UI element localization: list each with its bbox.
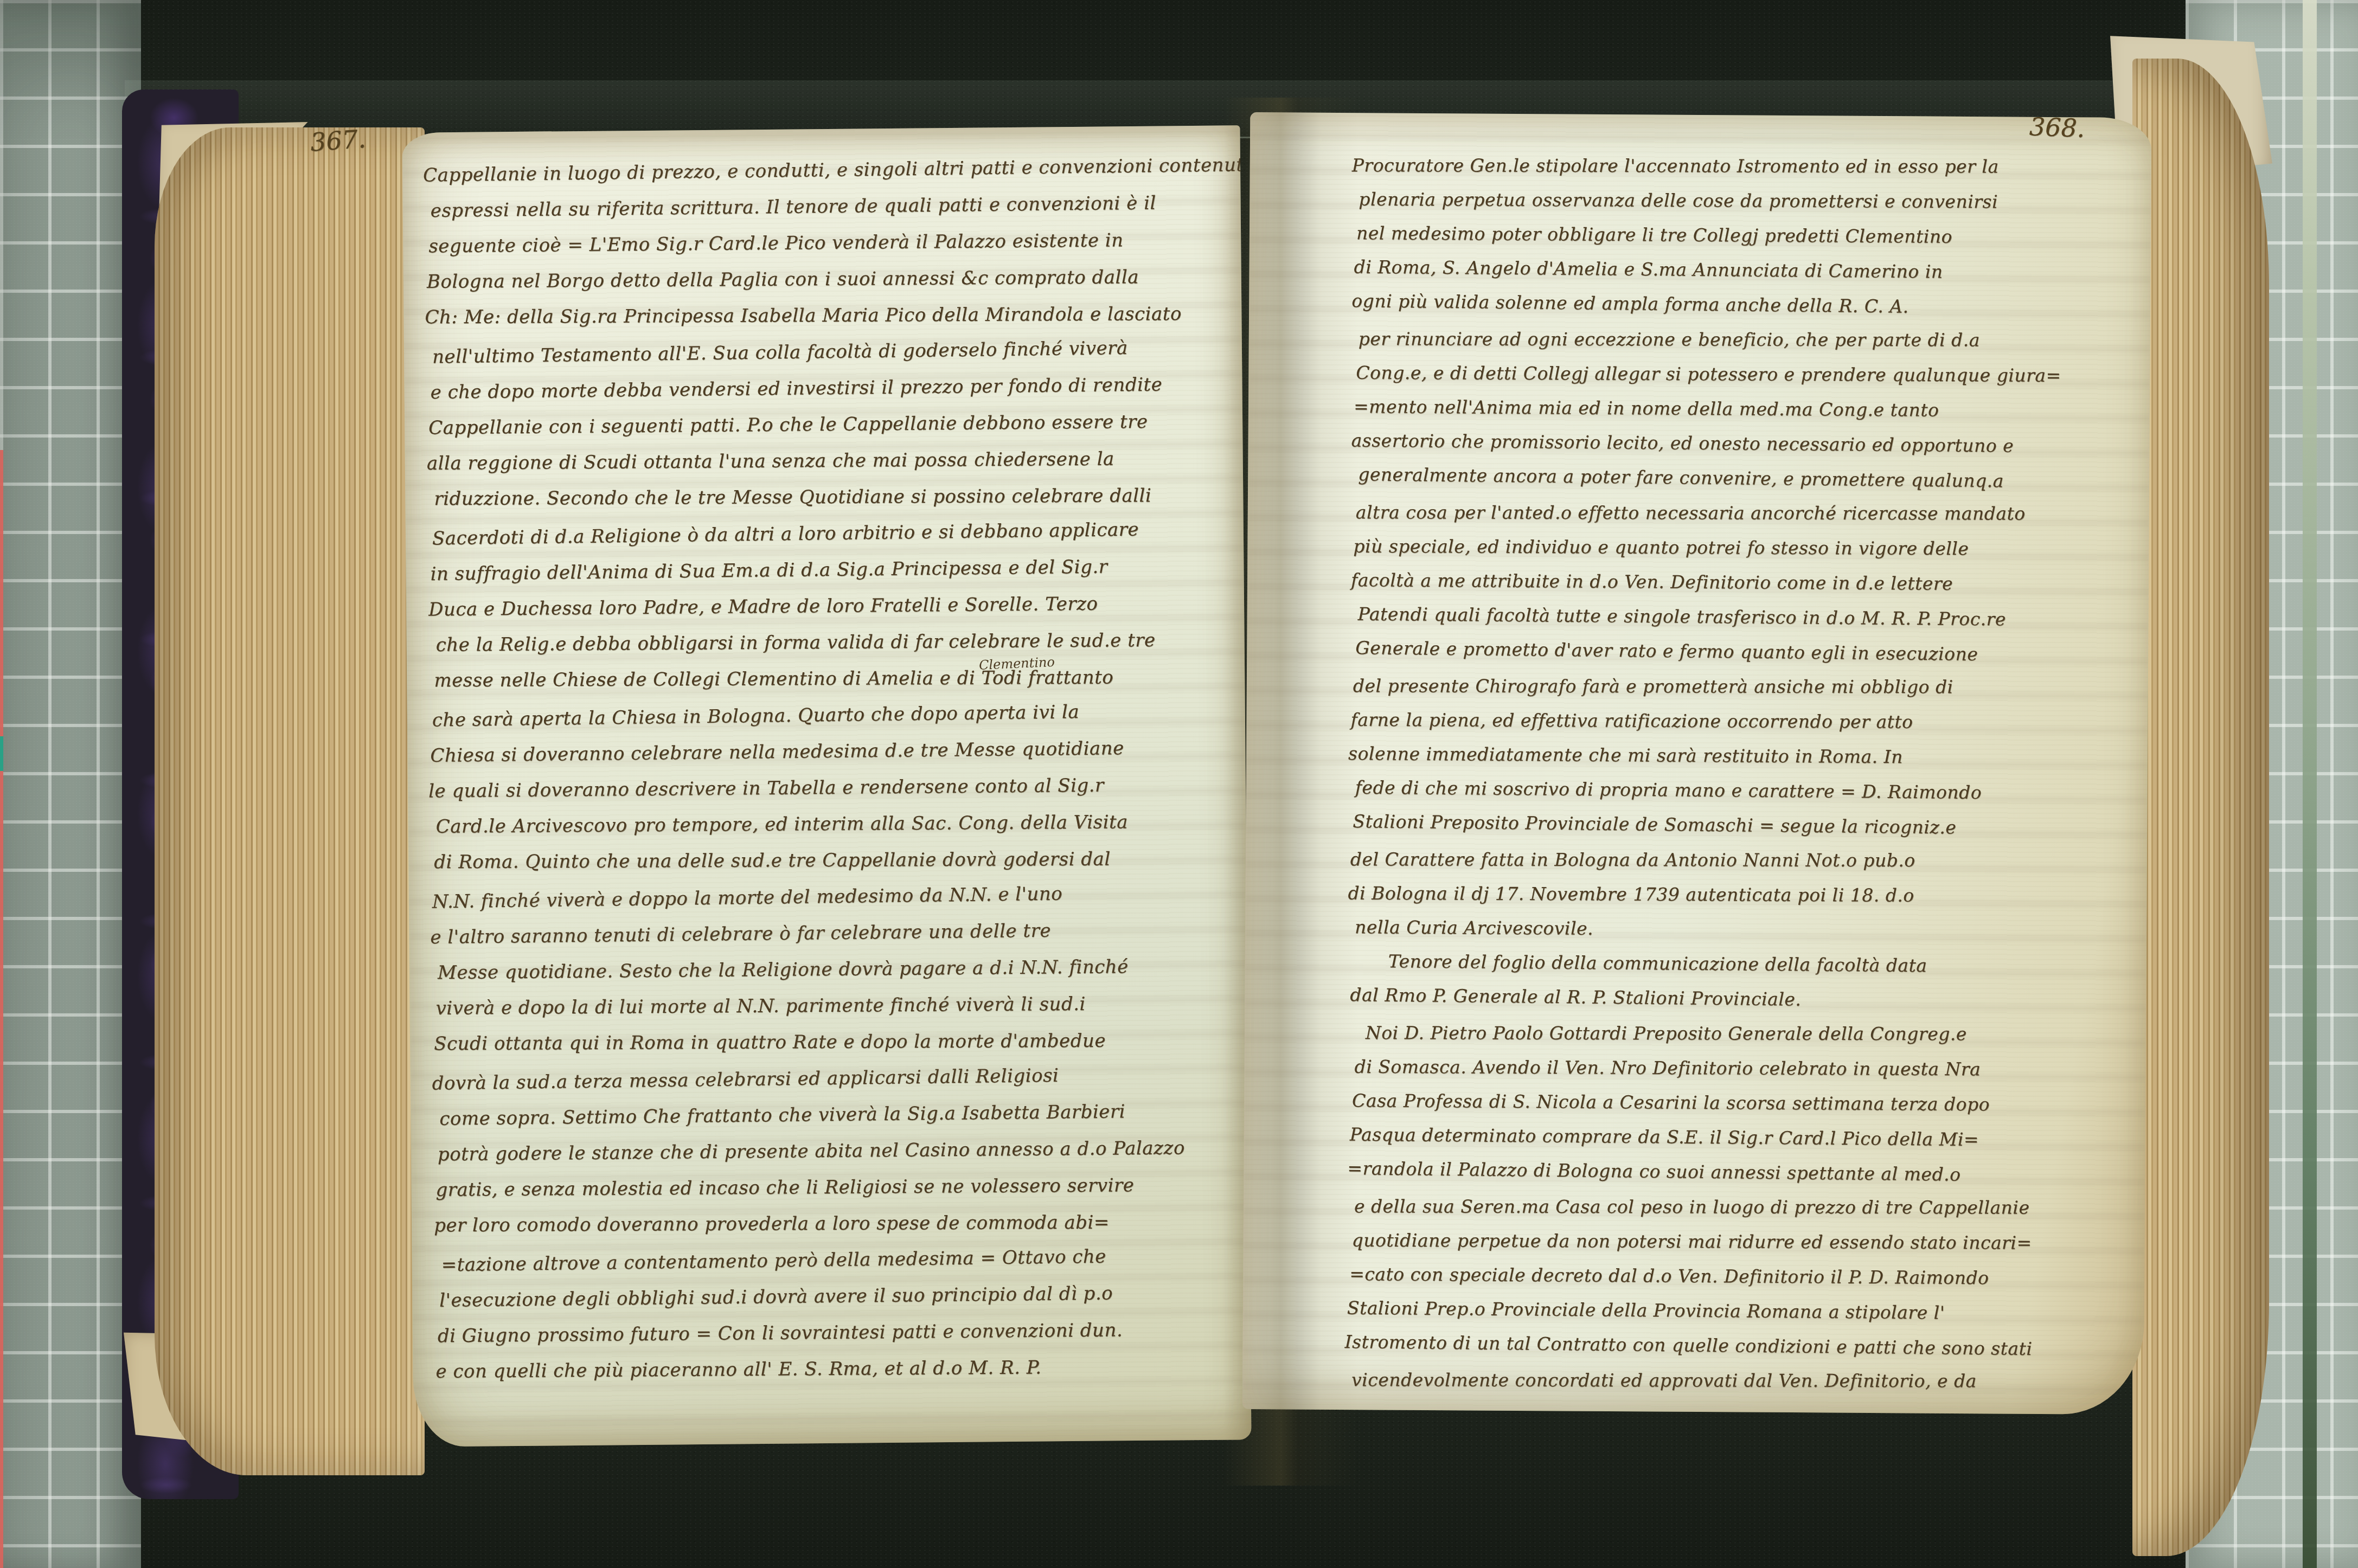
manuscript-line: e l'altro saranno tenuti di celebrare ò … <box>430 918 1233 963</box>
manuscript-line: che la Relig.e debba obbligarsi in forma… <box>436 629 1239 671</box>
manuscript-line: per rinunciare ad ogni eccezzione e bene… <box>1359 328 2150 364</box>
manuscript-line: più speciale, ed individuo e quanto potr… <box>1353 536 2145 574</box>
manuscript-line: potrà godere le stanze che di presente a… <box>438 1136 1241 1180</box>
right-page: Procuratore Gen.le stipolare l'accennato… <box>1242 112 2152 1415</box>
fore-edge-right <box>2132 59 2269 1556</box>
manuscript-line: Tenore del foglio della communicazione d… <box>1352 950 2144 992</box>
manuscript-line: Duca e Duchessa loro Padre, e Madre de l… <box>428 592 1232 635</box>
manuscript-line: di Roma, S. Angelo d'Amelia e S.ma Annun… <box>1354 256 2145 298</box>
manuscript-line: assertorio che promissorio lecito, ed on… <box>1351 430 2143 471</box>
manuscript-line: nell'ultimo Testamento all'E. Sua colla … <box>432 336 1235 382</box>
manuscript-line: viverà e dopo la di lui morte al N.N. pa… <box>435 992 1238 1034</box>
manuscript-line: ogni più valida solenne ed ampla forma a… <box>1351 290 2144 333</box>
manuscript-line: Scudi ottanta qui in Roma in quattro Rat… <box>434 1030 1236 1070</box>
manuscript-line: e che dopo morte debba vendersi ed inves… <box>430 373 1233 418</box>
manuscript-line: solenne immediatamente che mi sarà resti… <box>1348 743 2140 782</box>
manuscript-line: Stalioni Prep.o Provinciale della Provin… <box>1347 1297 2139 1339</box>
manuscript-line: Cappellanie con i seguenti patti. P.o ch… <box>428 410 1232 453</box>
manuscript-line: Sacerdoti di d.a Religione ò da altri a … <box>432 517 1235 564</box>
manuscript-line: generalmente ancora a poter fare conveni… <box>1358 464 2150 506</box>
manuscript-line: dal Rmo P. Generale al R. P. Stalioni Pr… <box>1350 984 2142 1027</box>
manuscript-line: di Somasca. Avendo il Ven. Nro Definitor… <box>1354 1056 2146 1094</box>
manuscript-line: Noi D. Pietro Paolo Gottardi Preposito G… <box>1348 1022 2139 1058</box>
manuscript-line: alla reggione di Scudi ottanta l'una sen… <box>427 447 1229 489</box>
page-number-right: 368. <box>2029 112 2085 143</box>
manuscript-line: plenaria perpetua osservanza delle cose … <box>1359 189 2150 227</box>
manuscript-line: Generale e prometto d'aver rato e fermo … <box>1355 637 2148 680</box>
manuscript-line: altra cosa per l'anted.o effetto necessa… <box>1356 502 2148 538</box>
page-number-left: 367. <box>309 124 367 157</box>
manuscript-line: riduzzione. Secondo che le tre Messe Quo… <box>434 484 1236 524</box>
manuscript-line: l'esecuzione degli obblighi sud.i dovrà … <box>439 1281 1242 1326</box>
manuscript-line: e della sua Seren.ma Casa col peso in lu… <box>1354 1196 2146 1232</box>
manuscript-line: e con quelli che più piaceranno all' E. … <box>435 1355 1238 1397</box>
manuscript-line: N.N. finché viverà e doppo la morte del … <box>432 881 1235 927</box>
manuscript-line: =cato con speciale decreto dal d.o Ven. … <box>1349 1263 2141 1303</box>
manuscript-line: fede di che mi soscrivo di propria mano … <box>1355 777 2146 818</box>
manuscript-line: quotidiane perpetue da non potersi mai r… <box>1351 1230 2143 1268</box>
manuscript-line: espressi nella su riferita scrittura. Il… <box>430 191 1233 236</box>
manuscript-line: facoltà a me attribuite in d.o Ven. Defi… <box>1351 569 2143 609</box>
manuscript-line: in suffragio dell'Anima di Sua Em.a di d… <box>430 555 1233 600</box>
gutter-shadow <box>1223 98 1359 1486</box>
manuscript-photo: Cappellanie in luogo di prezzo, e condut… <box>0 0 2358 1568</box>
manuscript-line: farne la piena, ed effettiva ratificazio… <box>1350 709 2142 747</box>
manuscript-line: Bologna nel Borgo detto della Paglia con… <box>427 266 1229 307</box>
manuscript-line: Ch: Me: della Sig.ra Principessa Isabell… <box>425 303 1227 343</box>
manuscript-line: del presente Chirografo farà e prometter… <box>1353 675 2145 711</box>
manuscript-line: Chiesa si doveranno celebrare nella mede… <box>430 736 1233 781</box>
manuscript-line: Stalioni Preposito Provinciale de Somasc… <box>1353 811 2145 853</box>
left-page: Cappellanie in luogo di prezzo, e condut… <box>402 125 1251 1447</box>
manuscript-line: =mento nell'Anima mia ed in nome della m… <box>1354 396 2145 435</box>
manuscript-line: Casa Professa di S. Nicola a Cesarini la… <box>1352 1090 2144 1129</box>
manuscript-line: gratis, e senza molestia ed incaso che l… <box>435 1174 1238 1216</box>
manuscript-line: come sopra. Settimo Che frattanto che vi… <box>439 1100 1242 1145</box>
manuscript-line: dovrà la sud.a terza messa celebrarsi ed… <box>432 1062 1235 1109</box>
manuscript-line: =tazione altrove a contentamento però de… <box>441 1244 1244 1290</box>
manuscript-line: =randola il Palazzo di Bologna co suoi a… <box>1347 1158 2139 1200</box>
manuscript-line: Istromento di un tal Contratto con quell… <box>1344 1331 2137 1374</box>
right-page-text: Procuratore Gen.le stipolare l'accennato… <box>1349 153 2148 1407</box>
manuscript-line: nella Curia Arcivescovile. <box>1355 916 2146 956</box>
manuscript-line: Patendi quali facoltà tutte e singole tr… <box>1357 603 2149 645</box>
manuscript-line: di Bologna il dj 17. Novembre 1739 auten… <box>1348 883 2139 921</box>
manuscript-line: vicendevolmente concordati ed approvati … <box>1351 1369 2143 1405</box>
fore-edge-left <box>155 127 425 1475</box>
manuscript-line: di Roma. Quinto che una delle sud.e tre … <box>434 848 1236 888</box>
manuscript-line: del Carattere fatta in Bologna da Antoni… <box>1350 849 2142 885</box>
manuscript-line: di Giugno prossimo futuro = Con li sovra… <box>438 1318 1241 1361</box>
manuscript-line: che sarà aperta la Chiesa in Bologna. Qu… <box>432 699 1235 746</box>
interlinear-insertion: Clementino <box>978 654 1055 673</box>
manuscript-line: Cong.e, e di detti Collegj allegar si po… <box>1356 362 2148 400</box>
manuscript-line: Messe quotidiane. Sesto che la Religione… <box>438 955 1241 998</box>
manuscript-book: Cappellanie in luogo di prezzo, e condut… <box>0 0 2358 1568</box>
manuscript-line: le quali si doveranno descrivere in Tabe… <box>428 773 1232 817</box>
manuscript-line: seguente cioè = L'Emo Sig.r Card.le Pico… <box>428 228 1232 272</box>
manuscript-line: Card.le Arcivescovo pro tempore, ed inte… <box>436 811 1239 852</box>
manuscript-line: Pasqua determinato comprare da S.E. il S… <box>1349 1124 2141 1165</box>
manuscript-line: messe nelle Chiese de Collegi Clementino… <box>434 666 1236 706</box>
manuscript-line: per loro comodo doveranno provederla a l… <box>434 1211 1236 1251</box>
manuscript-line: Cappellanie in luogo di prezzo, e condut… <box>423 154 1226 201</box>
manuscript-line: nel medesimo poter obbligare li tre Coll… <box>1356 222 2148 262</box>
left-page-text: Cappellanie in luogo di prezzo, e condut… <box>427 156 1241 1398</box>
manuscript-line: Procuratore Gen.le stipolare l'accennato… <box>1352 155 2144 191</box>
